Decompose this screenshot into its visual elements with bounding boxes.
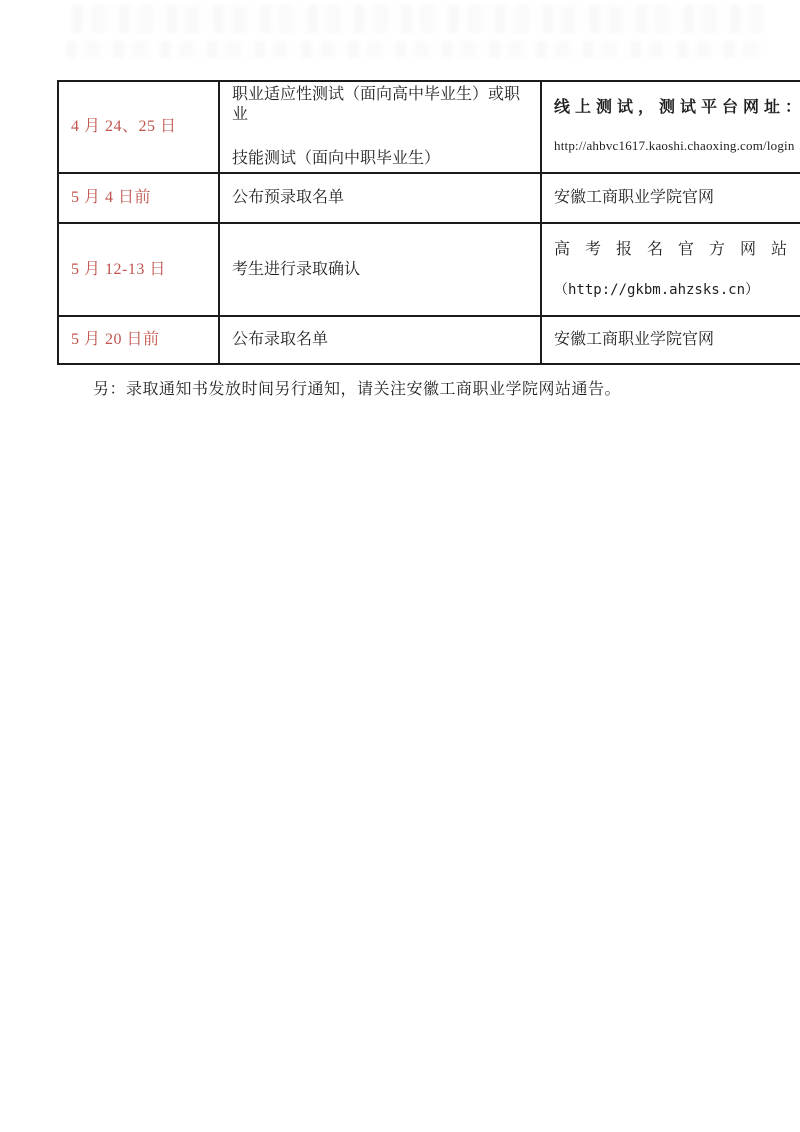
date-text: 5 月 4 日前 — [71, 189, 151, 206]
table-row: 5 月 4 日前 公布预录取名单 安徽工商职业学院官网 — [58, 173, 800, 223]
activity-cell: 考生进行录取确认 — [219, 223, 541, 316]
channel-heading: 线上测试，测试平台网址： — [554, 98, 800, 118]
channel-heading: 高考报名官方网站 — [554, 240, 800, 260]
channel-cell: 线上测试，测试平台网址： http://ahbvc1617.kaoshi.cha… — [541, 81, 800, 173]
activity-cell: 公布预录取名单 — [219, 173, 541, 223]
date-cell: 5 月 20 日前 — [58, 316, 219, 364]
date-text: 5 月 12-13 日 — [71, 261, 166, 278]
activity-line: 公布预录取名单 — [232, 189, 344, 206]
table-row: 5 月 12-13 日 考生进行录取确认 高考报名官方网站 （http://gk… — [58, 223, 800, 316]
admission-schedule-table: 4 月 24、25 日 职业适应性测试（面向高中毕业生）或职业 技能测试（面向中… — [57, 80, 800, 365]
channel-text: 安徽工商职业学院官网 — [554, 189, 714, 206]
channel-cell: 安徽工商职业学院官网 — [541, 173, 800, 223]
channel-cell: 安徽工商职业学院官网 — [541, 316, 800, 364]
activity-line: 公布录取名单 — [232, 331, 328, 348]
activity-line: 技能测试（面向中职毕业生） — [232, 149, 528, 169]
date-cell: 5 月 4 日前 — [58, 173, 219, 223]
document-page: 4 月 24、25 日 职业适应性测试（面向高中毕业生）或职业 技能测试（面向中… — [0, 0, 800, 1132]
footnote-text: 另：录取通知书发放时间另行通知，请关注安徽工商职业学院网站通告。 — [93, 376, 621, 399]
test-platform-url: http://ahbvc1617.kaoshi.chaoxing.com/log… — [554, 136, 800, 156]
bleed-through-smudge-top — [72, 5, 766, 33]
activity-cell: 公布录取名单 — [219, 316, 541, 364]
gaokao-registration-url: （http://gkbm.ahzsks.cn） — [554, 280, 800, 300]
date-cell: 4 月 24、25 日 — [58, 81, 219, 173]
table-row: 5 月 20 日前 公布录取名单 安徽工商职业学院官网 — [58, 316, 800, 364]
table-row: 4 月 24、25 日 职业适应性测试（面向高中毕业生）或职业 技能测试（面向中… — [58, 81, 800, 173]
activity-cell: 职业适应性测试（面向高中毕业生）或职业 技能测试（面向中职毕业生） — [219, 81, 541, 173]
channel-cell: 高考报名官方网站 （http://gkbm.ahzsks.cn） — [541, 223, 800, 316]
date-text: 4 月 24、25 日 — [71, 118, 177, 135]
activity-line: 考生进行录取确认 — [232, 261, 360, 278]
activity-line: 职业适应性测试（面向高中毕业生）或职业 — [232, 85, 528, 125]
date-text: 5 月 20 日前 — [71, 331, 160, 348]
date-cell: 5 月 12-13 日 — [58, 223, 219, 316]
channel-text: 安徽工商职业学院官网 — [554, 331, 714, 348]
bleed-through-smudge-second — [66, 41, 766, 58]
